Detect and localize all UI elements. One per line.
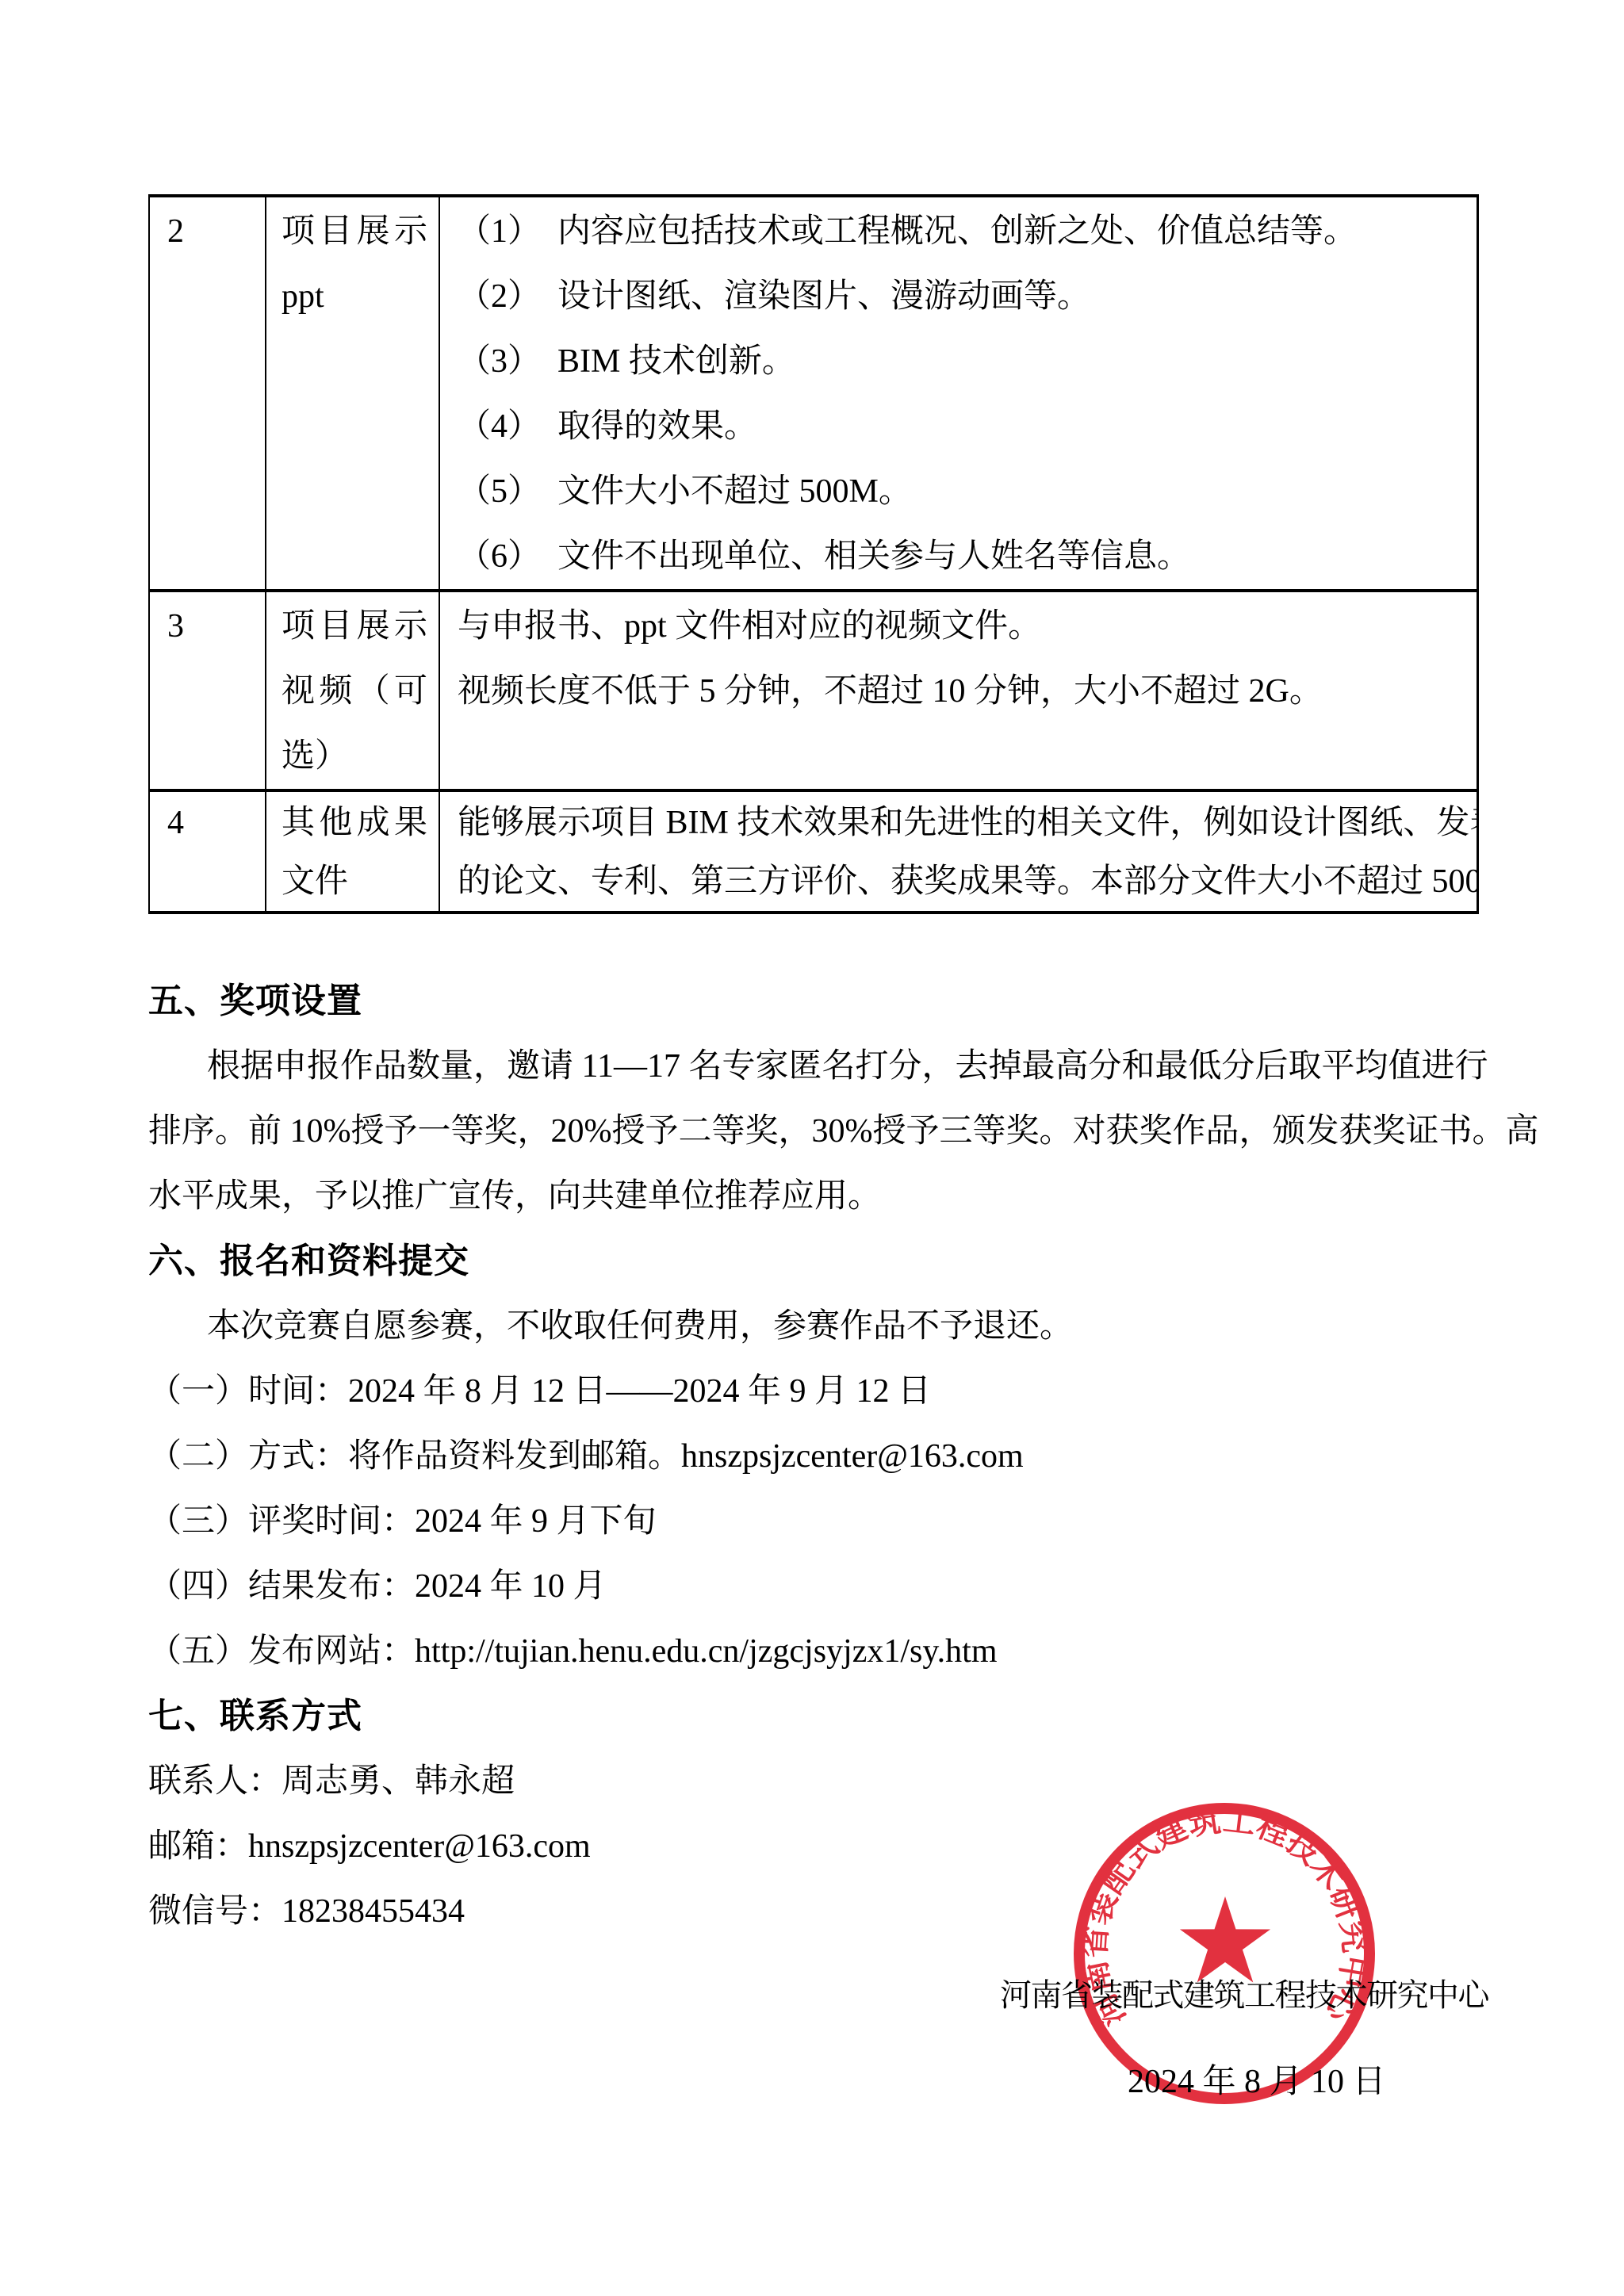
row-number-cell: 3 — [150, 592, 266, 789]
document-page: { "table": { "rows": [ { "num": "2", "na… — [0, 0, 1624, 2296]
signup-item-result-release: （四）结果发布：2024 年 10 月 — [148, 1554, 1479, 1619]
deliverables-table: 2 项目展示 ppt （1） 内容应包括技术或工程概况、创新之处、价值总结等。 … — [148, 194, 1479, 914]
deliverable-name-cell: 项目展示 ppt — [266, 197, 440, 589]
requirements-cell: 与申报书、ppt 文件相对应的视频文件。 视频长度不低于 5 分钟，不超过 10… — [440, 592, 1477, 789]
awards-paragraph-line: 根据申报作品数量，邀请 11—17 名专家匿名打分，去掉最高分和最低分后取平均值… — [148, 1034, 1479, 1099]
deliverable-name-cell: 项目展示 视频（可 选） — [266, 592, 440, 789]
deliverable-name-line: ppt — [282, 264, 427, 329]
signup-item-website: （五）发布网站：http://tujian.henu.edu.cn/jzgcjs… — [148, 1619, 1479, 1684]
official-seal: 河南省装配式建筑工程技术研究中心 — [1071, 1798, 1380, 2107]
signup-intro-line: 本次竞赛自愿参赛，不收取任何费用，参赛作品不予退还。 — [148, 1294, 1479, 1359]
signup-item-judging-time: （三）评奖时间：2024 年 9 月下旬 — [148, 1489, 1479, 1554]
deliverable-name-line: 选） — [282, 724, 427, 789]
requirement-line: 的论文、专利、第三方评价、获奖成果等。本部分文件大小不超过 500M。 — [458, 852, 1461, 911]
requirements-cell: （1） 内容应包括技术或工程概况、创新之处、价值总结等。 （2） 设计图纸、渲染… — [440, 197, 1477, 589]
deliverable-name-line: 其他成果 — [282, 794, 427, 852]
awards-paragraph-line: 水平成果，予以推广宣传，向共建单位推荐应用。 — [148, 1164, 1479, 1229]
deliverable-name-cell: 其他成果 文件 — [266, 792, 440, 911]
requirement-line: （6） 文件不出现单位、相关参与人姓名等信息。 — [458, 524, 1461, 589]
row-number-cell: 4 — [150, 792, 266, 911]
row-number: 2 — [167, 199, 265, 264]
requirement-line: （1） 内容应包括技术或工程概况、创新之处、价值总结等。 — [458, 199, 1461, 264]
table-row: 2 项目展示 ppt （1） 内容应包括技术或工程概况、创新之处、价值总结等。 … — [150, 197, 1477, 592]
requirement-line: （3） BIM 技术创新。 — [458, 329, 1461, 394]
section-heading-contact: 七、联系方式 — [148, 1684, 1479, 1749]
requirement-line: 与申报书、ppt 文件相对应的视频文件。 — [458, 594, 1461, 659]
deliverable-name-line: 文件 — [282, 852, 427, 911]
signup-item-time: （一）时间：2024 年 8 月 12 日——2024 年 9 月 12 日 — [148, 1359, 1479, 1424]
row-number-cell: 2 — [150, 197, 266, 589]
requirement-line: （5） 文件大小不超过 500M。 — [458, 459, 1461, 524]
seal-star-icon — [1180, 1896, 1270, 1983]
deliverable-name-line: 视频（可 — [282, 659, 427, 724]
requirement-line: 能够展示项目 BIM 技术效果和先进性的相关文件，例如设计图纸、发表 — [458, 794, 1461, 852]
awards-paragraph-line: 排序。前 10%授予一等奖，20%授予二等奖，30%授予三等奖。对获奖作品，颁发… — [148, 1099, 1479, 1164]
row-number: 3 — [167, 594, 265, 659]
table-row: 4 其他成果 文件 能够展示项目 BIM 技术效果和先进性的相关文件，例如设计图… — [150, 792, 1477, 911]
requirement-line: 视频长度不低于 5 分钟，不超过 10 分钟，大小不超过 2G。 — [458, 659, 1461, 724]
requirement-line: （4） 取得的效果。 — [458, 394, 1461, 459]
requirement-line: （2） 设计图纸、渲染图片、漫游动画等。 — [458, 264, 1461, 329]
signup-item-method: （二）方式：将作品资料发到邮箱。hnszpsjzcenter@163.com — [148, 1424, 1479, 1489]
deliverable-name-line: 项目展示 — [282, 594, 427, 659]
row-number: 4 — [167, 794, 265, 852]
section-heading-signup: 六、报名和资料提交 — [148, 1229, 1479, 1294]
deliverable-name-line: 项目展示 — [282, 199, 427, 264]
requirements-cell: 能够展示项目 BIM 技术效果和先进性的相关文件，例如设计图纸、发表 的论文、专… — [440, 792, 1477, 911]
table-row: 3 项目展示 视频（可 选） 与申报书、ppt 文件相对应的视频文件。 视频长度… — [150, 592, 1477, 792]
section-heading-awards: 五、奖项设置 — [148, 969, 1479, 1034]
